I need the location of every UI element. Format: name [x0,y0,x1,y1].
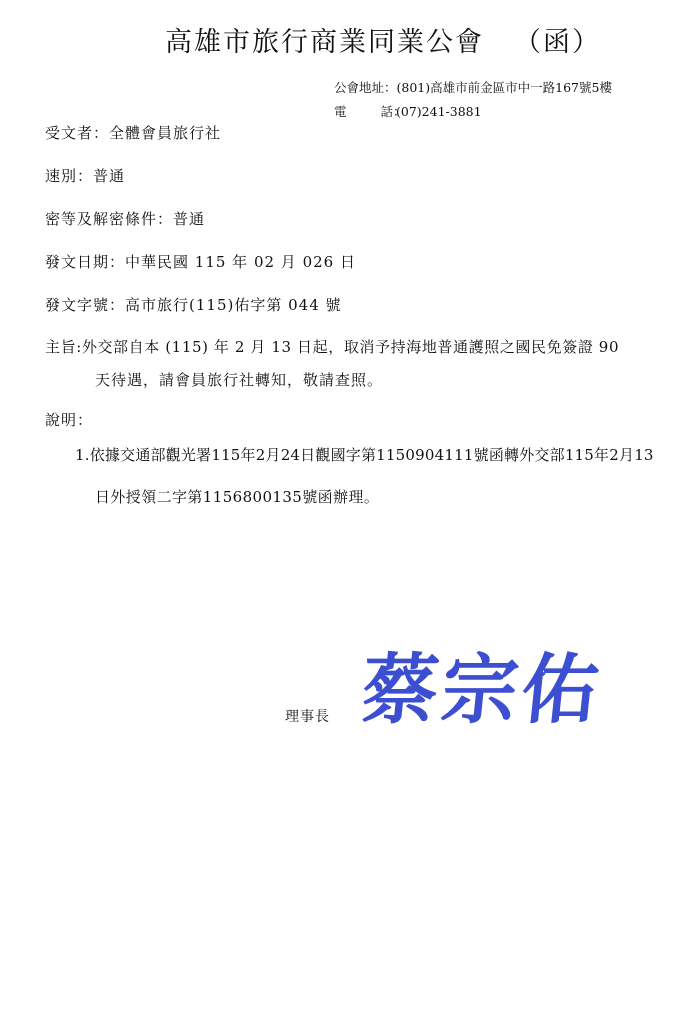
field-value: 高市旅行(115)佑字第 044 號 [125,296,342,314]
field-recipient: 受文者：全體會員旅行社 [45,123,221,143]
field-label: 密等及解密條件： [45,210,173,228]
letterhead-title: 高雄市旅行商業同業公會（函） [165,26,601,60]
phone-line: 電話：(07)241-3881 [334,104,482,120]
phone-label: 電話： [334,104,396,120]
address-value: (801)高雄市前金區市中一路167號5樓 [397,80,612,95]
address-line: 公會地址：(801)高雄市前金區市中一路167號5樓 [334,80,612,96]
field-label: 速別： [45,167,93,185]
field-value: 全體會員旅行社 [109,124,221,142]
subject-line-1: 主旨:外交部自本 (115) 年 2 月 13 日起，取消予持海地普通護照之國民… [45,337,619,357]
signature-stamp: 蔡宗佑 [357,640,608,740]
field-issue-date: 發文日期：中華民國 115 年 02 月 026 日 [45,252,356,272]
field-security-level: 密等及解密條件：普通 [45,209,205,229]
field-value: 中華民國 115 年 02 月 026 日 [125,253,356,271]
document-type: （函） [514,27,601,58]
phone-value: (07)241-3881 [396,104,482,119]
item-number: 1. [75,446,90,464]
field-value: 普通 [93,167,125,185]
explanation-item-line-1: 1.依據交通部觀光署115年2月24日觀國字第1150904111號函轉外交部1… [75,445,654,465]
subject-label: 主旨: [45,338,82,356]
field-label: 受文者： [45,124,109,142]
address-label: 公會地址： [334,80,397,95]
field-speed: 速別：普通 [45,166,125,186]
explanation-heading: 說明： [45,410,93,430]
field-label: 發文字號： [45,296,125,314]
chairman-title: 理事長 [285,706,330,726]
explanation-item-line-2: 日外授領二字第1156800135號函辦理。 [95,487,379,507]
subject-text: 外交部自本 (115) 年 2 月 13 日起，取消予持海地普通護照之國民免簽證… [82,338,619,356]
subject-line-2: 天待遇，請會員旅行社轉知，敬請查照。 [95,370,383,390]
item-text: 依據交通部觀光署115年2月24日觀國字第1150904111號函轉外交部115… [90,446,654,464]
organization-name: 高雄市旅行商業同業公會 [165,27,484,58]
field-label: 發文日期： [45,253,125,271]
field-value: 普通 [173,210,205,228]
field-document-number: 發文字號：高市旅行(115)佑字第 044 號 [45,295,342,315]
